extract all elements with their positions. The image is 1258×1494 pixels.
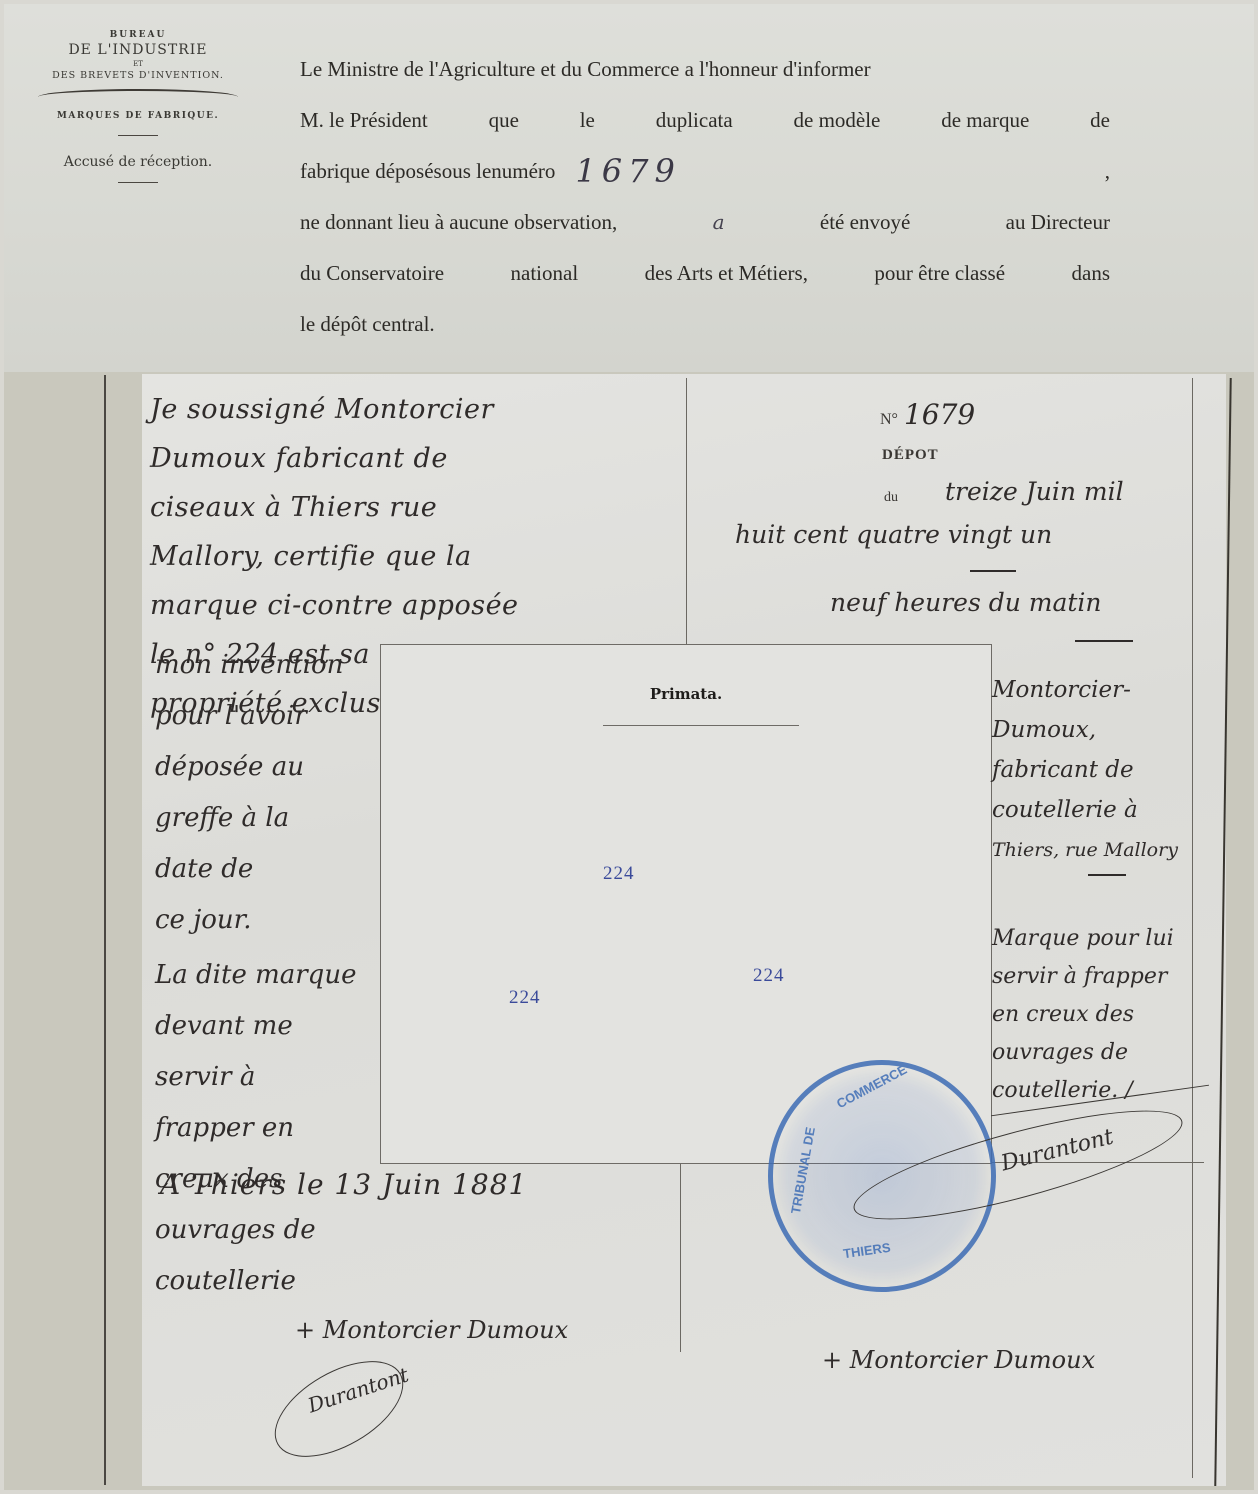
depot-label: DÉPOT bbox=[882, 447, 939, 464]
body-text: Le Ministre de l'Agriculture et du Comme… bbox=[300, 44, 871, 95]
deposit-date-line-1: treize Juin mil bbox=[945, 477, 1124, 506]
dash-separator bbox=[1088, 874, 1126, 876]
body-text: duplicata bbox=[656, 95, 733, 146]
body-text: fabrique déposé bbox=[300, 146, 434, 197]
declaration-line: déposée au bbox=[155, 742, 356, 793]
declaration-line: mon invention bbox=[155, 640, 356, 691]
body-text: des Arts et Métiers, bbox=[645, 248, 808, 299]
declaration-line: pour l'avoir bbox=[155, 691, 356, 742]
purpose-line: en creux des bbox=[992, 996, 1174, 1034]
purpose-line: ouvrages de bbox=[992, 1034, 1174, 1072]
body-text: le bbox=[580, 95, 595, 146]
divider bbox=[118, 182, 158, 183]
deposit-number: N°1679 bbox=[880, 398, 975, 431]
spacer bbox=[681, 146, 1105, 197]
seal-text-top: COMMERCE bbox=[834, 1062, 909, 1112]
body-text: le dépôt central. bbox=[300, 299, 435, 350]
ornamental-rule bbox=[38, 89, 238, 97]
purpose-line: Marque pour lui bbox=[992, 920, 1174, 958]
declaration-line: La dite marque bbox=[155, 950, 356, 1001]
body-line-2: M. le Président que le duplicata de modè… bbox=[300, 95, 1110, 146]
seal-text-bottom: THIERS bbox=[842, 1240, 891, 1261]
declaration-line: devant me bbox=[155, 1001, 356, 1052]
number-prefix: N° bbox=[880, 411, 898, 428]
receipt-body: Le Ministre de l'Agriculture et du Comme… bbox=[300, 44, 1110, 350]
declaration-line: date de bbox=[155, 844, 356, 895]
body-line-6: le dépôt central. bbox=[300, 299, 1110, 350]
body-line-5: du Conservatoire national des Arts et Mé… bbox=[300, 248, 1110, 299]
body-line-1: Le Ministre de l'Agriculture et du Comme… bbox=[300, 44, 1110, 95]
depositor-signature-right: + Montorcier Dumoux bbox=[822, 1346, 1095, 1374]
body-text: numéro bbox=[491, 146, 555, 197]
body-text: ne donnant lieu à aucune observation, bbox=[300, 197, 617, 248]
declaration-line: Mallory, certifie que la bbox=[150, 532, 519, 581]
stamped-mark-number: 224 bbox=[603, 863, 635, 885]
declaration-line: ciseaux à Thiers rue bbox=[150, 483, 519, 532]
deposit-date-line-2: huit cent quatre vingt un bbox=[735, 520, 1052, 549]
declaration-line: ce jour. bbox=[155, 895, 356, 946]
depositor-block: Montorcier- Dumoux, fabricant de coutell… bbox=[992, 670, 1178, 870]
declaration-line: Je soussigné Montorcier bbox=[150, 385, 519, 434]
purpose-line: coutellerie. / bbox=[992, 1072, 1174, 1110]
body-text: de modèle bbox=[794, 95, 881, 146]
margin-rule bbox=[104, 375, 106, 1485]
document-type: Accusé de réception. bbox=[18, 154, 258, 170]
divider bbox=[118, 135, 158, 136]
place-and-date: A Thiers le 13 Juin 1881 bbox=[160, 1168, 527, 1201]
office-header: BUREAU DE L'INDUSTRIE ET DES BREVETS D'I… bbox=[18, 24, 258, 183]
body-line-3: fabrique déposé sous le numéro 1679 , bbox=[300, 146, 1110, 197]
body-text: été envoyé bbox=[820, 197, 910, 248]
declaration-text-continued: mon invention pour l'avoir déposée au gr… bbox=[155, 640, 356, 1307]
body-line-4: ne donnant lieu à aucune observation, a … bbox=[300, 197, 1110, 248]
mark-purpose-block: Marque pour lui servir à frapper en creu… bbox=[992, 920, 1174, 1110]
body-text: que bbox=[489, 95, 519, 146]
depositor-line: coutellerie à bbox=[992, 790, 1178, 830]
office-bureau: BUREAU bbox=[18, 30, 258, 40]
declaration-line: frapper en bbox=[155, 1103, 356, 1154]
declaration-line: coutellerie bbox=[155, 1256, 356, 1307]
specimen-title: Primata. bbox=[381, 685, 991, 703]
deposit-time: neuf heures du matin bbox=[830, 588, 1102, 617]
body-text: national bbox=[511, 248, 579, 299]
declaration-line: Dumoux fabricant de bbox=[150, 434, 519, 483]
handwritten-deposit-number: 1679 bbox=[575, 146, 680, 197]
depositor-signature-left: + Montorcier Dumoux bbox=[295, 1316, 568, 1344]
handwritten-verb: a bbox=[713, 197, 725, 248]
body-text: dans bbox=[1072, 248, 1111, 299]
depositor-line: Thiers, rue Mallory bbox=[992, 830, 1178, 870]
body-text: pour être classé bbox=[874, 248, 1005, 299]
body-text: du Conservatoire bbox=[300, 248, 444, 299]
declaration-line: servir à bbox=[155, 1052, 356, 1103]
column-divider-right bbox=[1192, 378, 1193, 1478]
body-text: , bbox=[1105, 146, 1110, 197]
body-text: au Directeur bbox=[1006, 197, 1110, 248]
deposit-number-value: 1679 bbox=[904, 398, 975, 431]
dash-separator bbox=[1075, 640, 1133, 642]
seal-text-side: TRIBUNAL DE bbox=[788, 1126, 818, 1215]
stamped-mark-number: 224 bbox=[509, 987, 541, 1009]
office-industrie: DE L'INDUSTRIE bbox=[18, 42, 258, 58]
column-divider bbox=[686, 378, 687, 644]
receipt-slip: BUREAU DE L'INDUSTRIE ET DES BREVETS D'I… bbox=[4, 4, 1254, 374]
specimen-rule bbox=[603, 725, 799, 726]
declaration-line: ouvrages de bbox=[155, 1205, 356, 1256]
purpose-line: servir à frapper bbox=[992, 958, 1174, 996]
body-text: de marque bbox=[941, 95, 1029, 146]
declaration-line: marque ci-contre apposée bbox=[150, 581, 519, 630]
body-text: de bbox=[1090, 95, 1110, 146]
depositor-line: Montorcier- bbox=[992, 670, 1178, 710]
section-title: MARQUES DE FABRIQUE. bbox=[18, 111, 258, 121]
depositor-line: Dumoux, bbox=[992, 710, 1178, 750]
body-text: sous le bbox=[434, 146, 492, 197]
depot-du-label: du bbox=[884, 490, 898, 506]
office-brevets: DES BREVETS D'INVENTION. bbox=[18, 70, 258, 81]
depositor-line: fabricant de bbox=[992, 750, 1178, 790]
office-et: ET bbox=[18, 60, 258, 68]
signature-divider bbox=[680, 1164, 681, 1352]
dash-separator bbox=[970, 570, 1016, 572]
stamped-mark-number: 224 bbox=[753, 965, 785, 987]
body-text: M. le Président bbox=[300, 95, 428, 146]
declaration-line: greffe à la bbox=[155, 793, 356, 844]
